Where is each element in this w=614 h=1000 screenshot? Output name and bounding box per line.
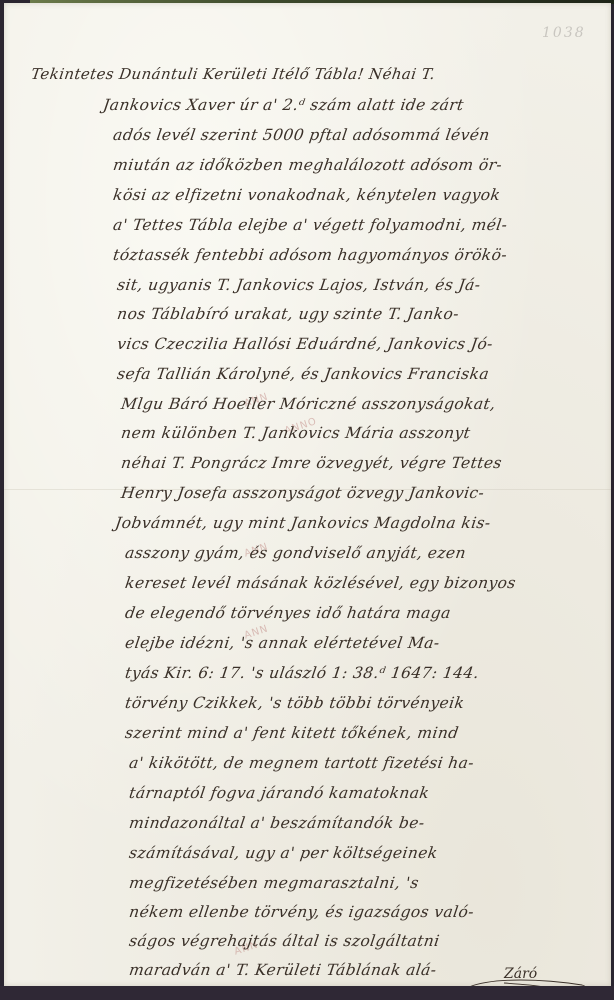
manuscript-line: miután az időközben meghalálozott adósom… (112, 156, 503, 174)
manuscript-line: megfizetésében megmarasztalni, 's (128, 874, 420, 892)
manuscript-line: Henry Josefa asszonyságot özvegy Jankovi… (120, 484, 485, 502)
manuscript-line: maradván a' T. Kerületi Táblának alá- (128, 961, 438, 979)
manuscript-line: mindazonáltal a' beszámítandók be- (128, 814, 426, 832)
manuscript-line: tárnaptól fogva járandó kamatoknak (128, 784, 431, 802)
manuscript-line: de elegendő törvényes idő határa maga (124, 604, 452, 622)
manuscript-line: sit, ugyanis T. Jankovics Lajos, István,… (116, 276, 482, 294)
manuscript-line: Jobvámnét, ugy mint Jankovics Magdolna k… (114, 514, 492, 532)
manuscript-line: vics Czeczilia Hallósi Eduárdné, Jankovi… (116, 335, 494, 353)
manuscript-line: nékem ellenbe törvény, és igazságos való… (128, 903, 475, 921)
manuscript-line: nos Táblabíró urakat, ugy szinte T. Jank… (116, 305, 460, 323)
manuscript-line: Mlgu Báró Hoeller Móriczné asszonyságoka… (120, 395, 497, 413)
manuscript-line: a' kikötött, de megnem tartott fizetési … (128, 754, 475, 772)
scan-frame: 1038 ANN ANNO ANN ANN ANN Tekintetes Dun… (0, 0, 614, 1000)
manuscript-line: nem különben T. Jankovics Mária asszonyt (120, 424, 472, 442)
manuscript-line: kereset levél másának közlésével, egy bi… (124, 574, 517, 592)
manuscript-line: adós levél szerint 5000 pftal adósommá l… (112, 126, 491, 144)
manuscript-line: számításával, ugy a' per költségeinek (128, 844, 439, 862)
manuscript-line-salutation: Tekintetes Dunántuli Kerületi Itélő Tábl… (30, 65, 436, 83)
manuscript-line: kösi az elfizetni vonakodnak, kénytelen … (112, 186, 502, 204)
manuscript-line: Jankovics Xaver úr a' 2.ᵈ szám alatt ide… (102, 96, 465, 114)
manuscript-line: szerint mind a' fent kitett tőkének, min… (124, 724, 460, 742)
manuscript-line: elejbe idézni, 's annak elértetével Ma- (124, 634, 441, 652)
manuscript-line: törvény Czikkek, 's több többi törvényei… (124, 694, 466, 712)
manuscript-line: sefa Tallián Károlyné, és Jankovics Fran… (116, 365, 490, 383)
manuscript-line: asszony gyám, és gondviselő anyját, ezen (124, 544, 467, 562)
manuscript-line: néhai T. Pongrácz Imre özvegyét, végre T… (120, 454, 503, 472)
manuscript-line: ságos végrehajtás által is szolgáltatni (128, 932, 441, 950)
bottom-edge (0, 986, 614, 1000)
manuscript-page: 1038 ANN ANNO ANN ANN ANN Tekintetes Dun… (4, 3, 611, 986)
manuscript-line: a' Tettes Tábla elejbe a' végett folyamo… (112, 216, 509, 234)
archive-number: 1038 (542, 25, 586, 41)
manuscript-line: tóztassék fentebbi adósom hagyományos ör… (112, 246, 508, 264)
manuscript-line: tyás Kir. 6: 17. 's ulászló 1: 38.ᵈ 1647… (124, 664, 480, 682)
